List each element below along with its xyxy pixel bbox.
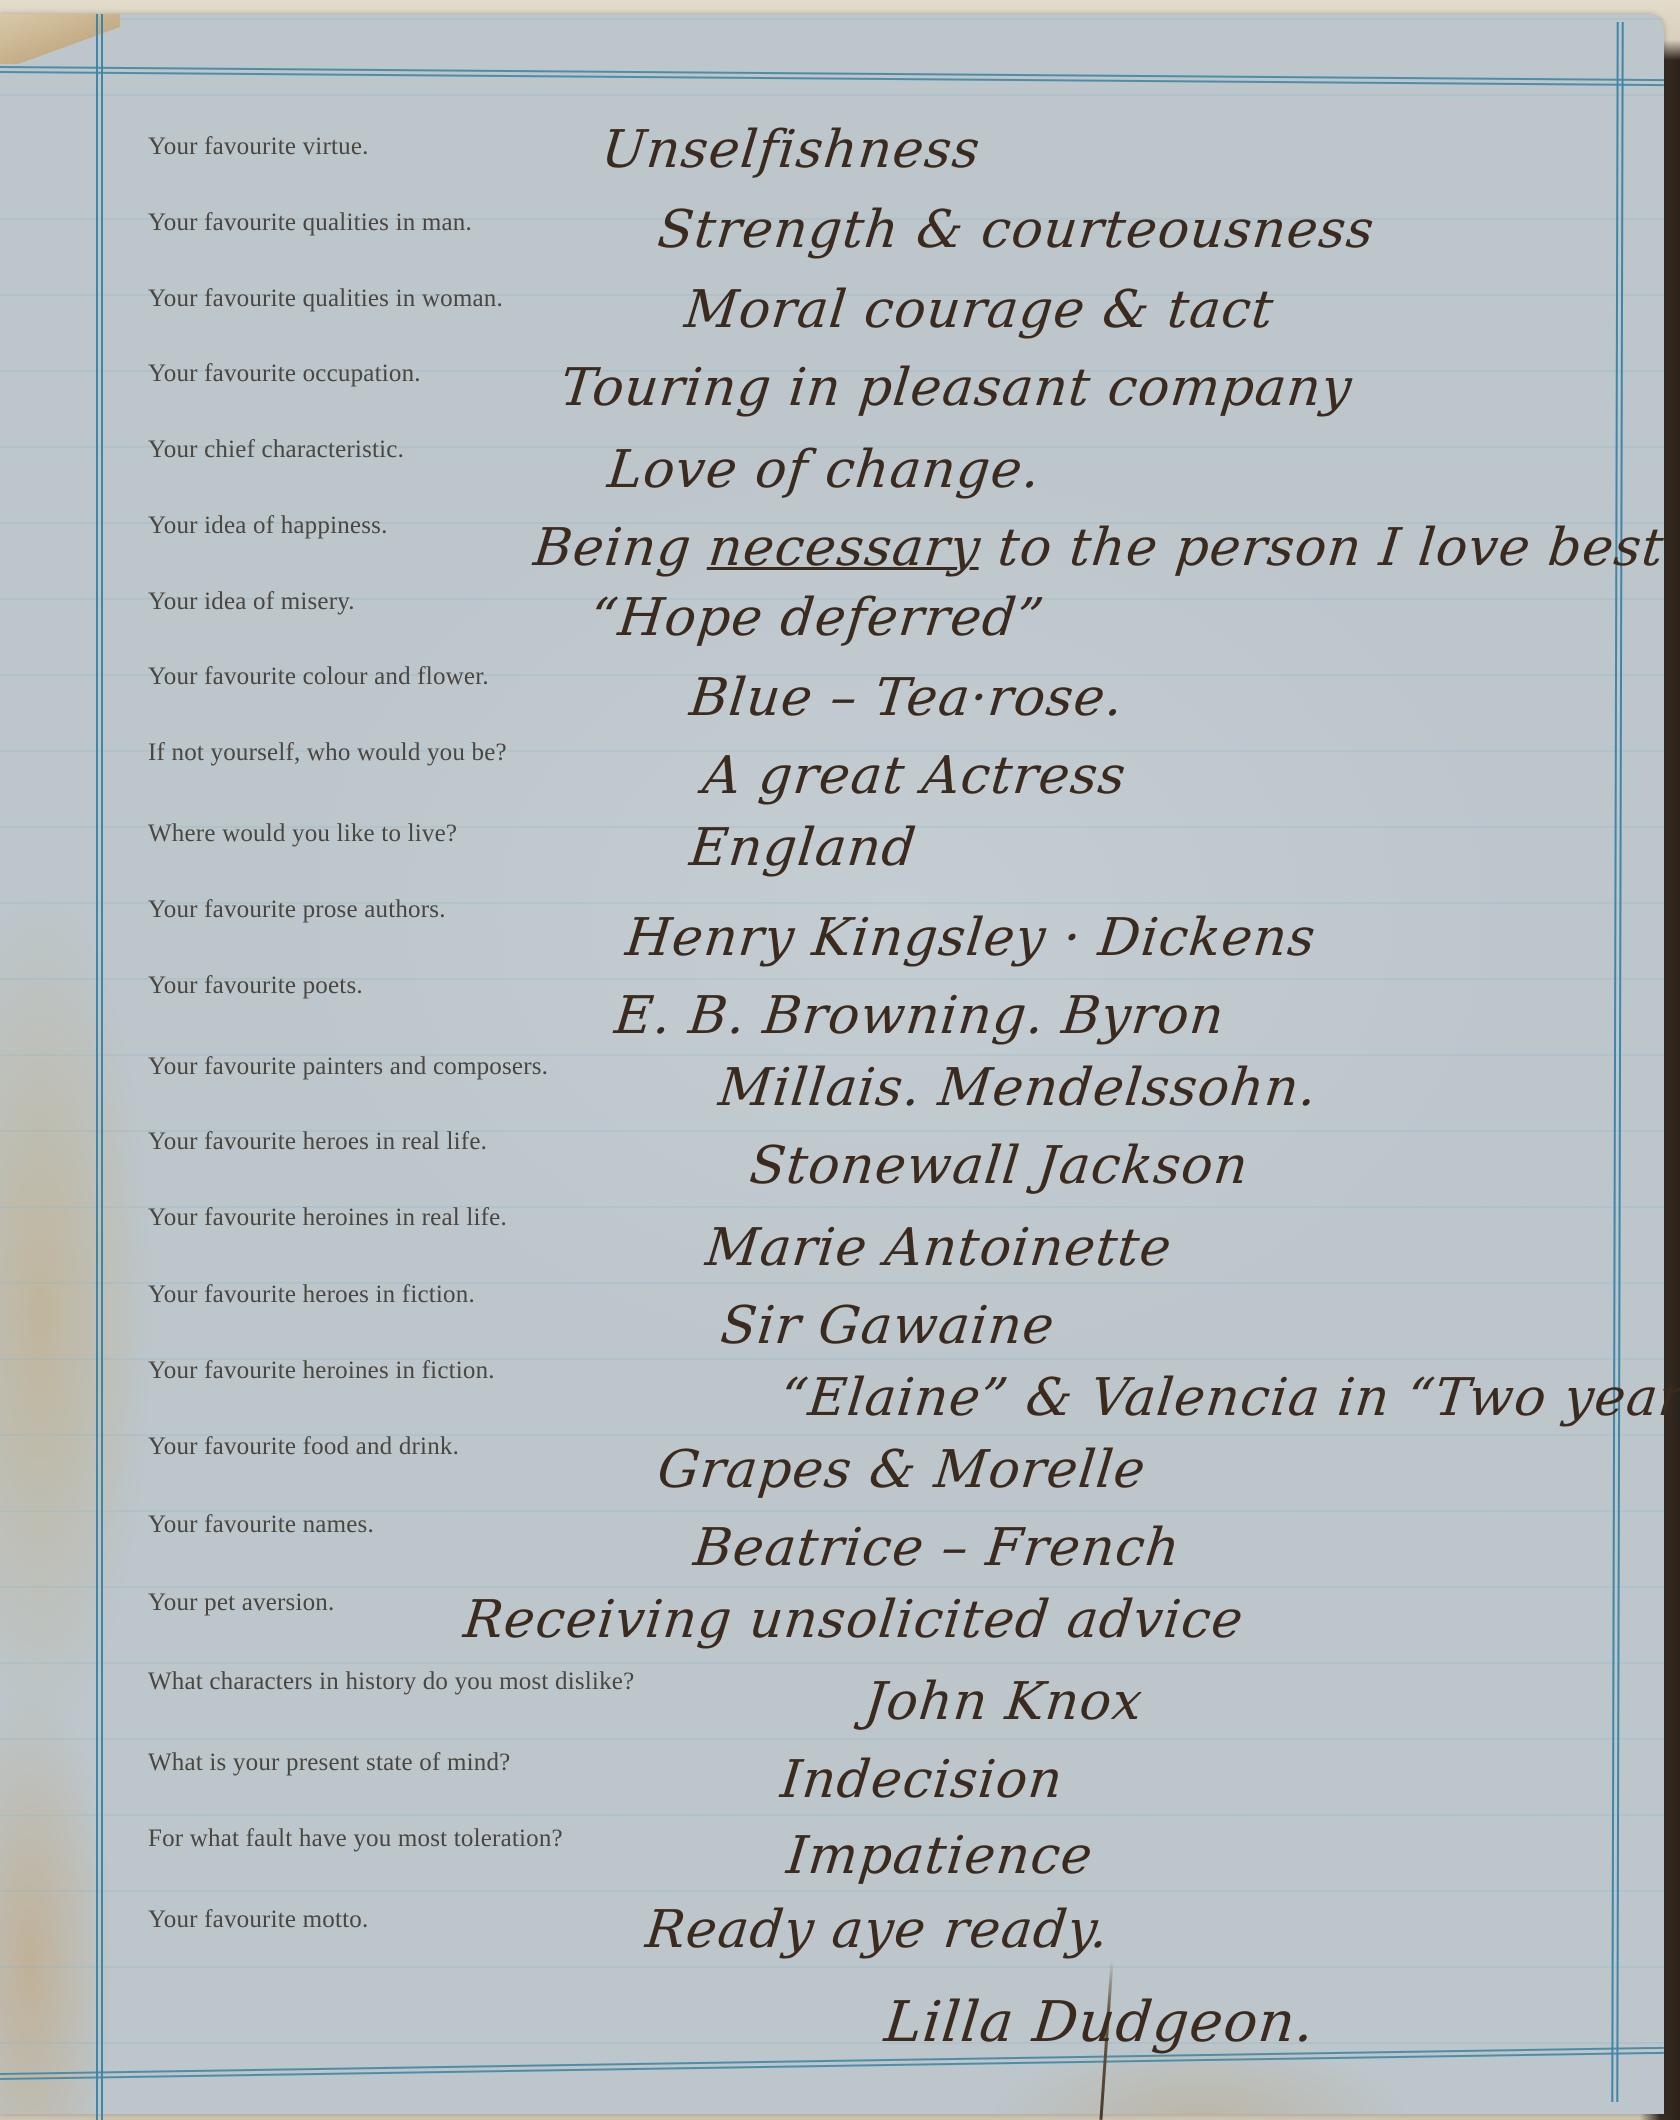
question-label: Your favourite colour and flower. (148, 663, 489, 691)
question-label: Where would you like to live? (148, 820, 457, 848)
question-label: If not yourself, who would you be? (148, 739, 507, 767)
handwritten-answer: Henry Kingsley · Dickens (623, 908, 1319, 968)
question-label: Your idea of misery. (148, 588, 355, 616)
question-label: What is your present state of mind? (148, 1749, 510, 1777)
handwritten-answer: Marie Antoinette (703, 1218, 1175, 1278)
signature: Lilla Dudgeon. (882, 1990, 1318, 2055)
handwritten-answer: A great Actress (700, 746, 1129, 806)
question-label: Your favourite heroines in fiction. (148, 1357, 495, 1385)
question-label: Your favourite painters and composers. (148, 1053, 548, 1081)
handwritten-answer: Impatience (784, 1826, 1096, 1886)
question-label: Your pet aversion. (148, 1589, 334, 1617)
question-label: Your favourite occupation. (148, 360, 421, 388)
handwritten-answer: Ready aye ready. (643, 1900, 1112, 1960)
question-label: Your favourite heroines in real life. (148, 1204, 507, 1232)
question-label: Your favourite heroes in fiction. (148, 1281, 475, 1309)
question-label: Your favourite prose authors. (148, 896, 446, 924)
handwritten-answer: Millais. Mendelssohn. (716, 1058, 1320, 1118)
handwritten-answer: Strength & courteousness (655, 200, 1378, 260)
handwritten-answer: Touring in pleasant company (558, 358, 1355, 418)
handwritten-answer: Blue – Tea·rose. (687, 668, 1127, 728)
handwritten-answer: Grapes & Morelle (655, 1440, 1149, 1500)
question-label: Your favourite qualities in man. (148, 209, 472, 237)
handwritten-answer: Being necessary to the person I love bes… (531, 518, 1667, 578)
handwritten-answer: E. B. Browning. Byron (612, 986, 1228, 1046)
answer-fragment: to the person I love best (978, 518, 1668, 578)
handwritten-answer: “Hope deferred” (588, 588, 1048, 648)
handwritten-answer: Love of change. (605, 440, 1044, 500)
question-label: Your idea of happiness. (148, 512, 388, 540)
handwritten-answer: Unselfishness (599, 120, 983, 180)
handwritten-answer: Receiving unsolicited advice (461, 1590, 1247, 1650)
underlined-word: necessary (706, 518, 984, 578)
question-label: Your favourite motto. (148, 1906, 368, 1934)
handwritten-answer: Stonewall Jackson (747, 1136, 1252, 1196)
question-label: Your favourite names. (148, 1511, 374, 1539)
question-label: Your favourite virtue. (148, 133, 369, 161)
handwritten-answer: Sir Gawaine (718, 1296, 1058, 1356)
handwritten-answer: Beatrice – French (691, 1518, 1183, 1578)
handwritten-answer: England (687, 818, 919, 878)
question-label: For what fault have you most toleration? (148, 1825, 563, 1853)
answer-fragment: Being (531, 518, 712, 578)
handwritten-answer: Moral courage & tact (682, 280, 1277, 340)
handwritten-answer: Indecision (778, 1750, 1066, 1810)
question-label: Your chief characteristic. (148, 436, 404, 464)
question-label: Your favourite heroes in real life. (148, 1128, 487, 1156)
question-label: What characters in history do you most d… (148, 1668, 634, 1696)
left-margin-rule (96, 14, 103, 2120)
question-label: Your favourite food and drink. (148, 1433, 459, 1461)
question-label: Your favourite poets. (148, 972, 363, 1000)
handwritten-answer: “Elaine” & Valencia in “Two years ago” (778, 1368, 1680, 1428)
question-label: Your favourite qualities in woman. (148, 285, 503, 313)
handwritten-answer: John Knox (862, 1672, 1146, 1732)
